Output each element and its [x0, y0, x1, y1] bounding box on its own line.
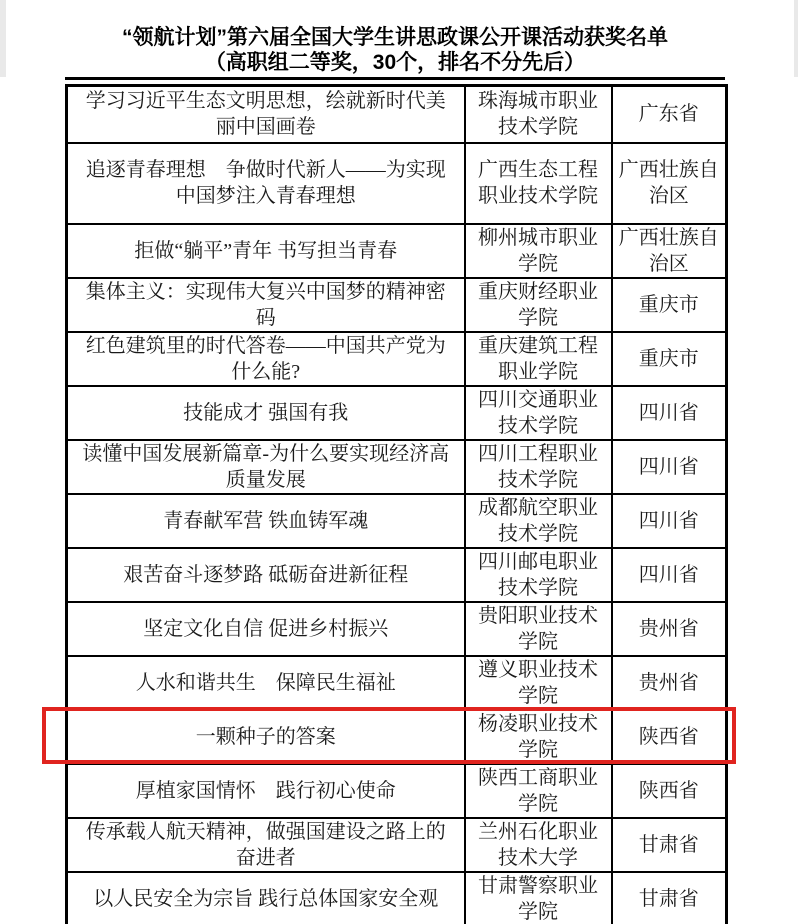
table-row: 集体主义：实现伟大复兴中国梦的精神密码 重庆财经职业学院 重庆市 [67, 278, 727, 332]
institution-name: 贵阳职业技术学院 [478, 605, 598, 653]
province-name: 贵州省 [639, 618, 699, 640]
province-name: 贵州省 [639, 672, 699, 694]
institution-name: 陕西工商职业学院 [478, 767, 598, 815]
table-row: 厚植家国情怀 践行初心使命 陕西工商职业学院 陕西省 [67, 764, 727, 818]
table-row: 学习习近平生态文明思想，绘就新时代美丽中国画卷 珠海城市职业技术学院 广东省 [67, 86, 727, 143]
course-title: 读懂中国发展新篇章-为什么要实现经济高质量发展 [82, 443, 449, 491]
institution-name: 杨凌职业技术学院 [478, 713, 598, 761]
course-title: 技能成才 强国有我 [183, 402, 348, 424]
course-title: 学习习近平生态文明思想，绘就新时代美丽中国画卷 [86, 90, 446, 138]
province-name: 四川省 [639, 402, 699, 424]
course-title: 坚定文化自信 促进乡村振兴 [143, 618, 388, 640]
table-row: 拒做“躺平”青年 书写担当青春 柳州城市职业学院 广西壮族自治区 [67, 224, 727, 278]
province-name: 甘肃省 [639, 888, 699, 910]
course-title: 红色建筑里的时代答卷——中国共产党为什么能? [86, 335, 446, 383]
province-name: 四川省 [639, 510, 699, 532]
course-title: 集体主义：实现伟大复兴中国梦的精神密码 [86, 281, 446, 329]
institution-name: 柳州城市职业学院 [478, 227, 598, 275]
table-row: 技能成才 强国有我 四川交通职业技术学院 四川省 [67, 386, 727, 440]
institution-name: 遵义职业技术学院 [478, 659, 598, 707]
table-row: 人水和谐共生 保障民生福祉 遵义职业技术学院 贵州省 [67, 656, 727, 710]
course-title: 追逐青春理想 争做时代新人——为实现中国梦注入青春理想 [86, 159, 446, 207]
page-edge-right [794, 0, 798, 77]
document-title: “领航计划”第六届全国大学生讲思政课公开课活动获奖名单 （高职组二等奖，30个，… [65, 25, 725, 80]
province-name: 广西壮族自治区 [619, 159, 719, 207]
table-row: 红色建筑里的时代答卷——中国共产党为什么能? 重庆建筑工程职业学院 重庆市 [67, 332, 727, 386]
table-row: 青春献军营 铁血铸军魂 成都航空职业技术学院 四川省 [67, 494, 727, 548]
institution-name: 甘肃警察职业学院 [478, 875, 598, 923]
course-title: 厚植家国情怀 践行初心使命 [136, 780, 396, 802]
page-edge-left [0, 0, 6, 77]
title-line-1: “领航计划”第六届全国大学生讲思政课公开课活动获奖名单 [65, 25, 725, 50]
province-name: 四川省 [639, 564, 699, 586]
province-name: 重庆市 [639, 294, 699, 316]
table-row: 一颗种子的答案 杨凌职业技术学院 陕西省 [67, 710, 727, 764]
province-name: 广东省 [639, 103, 699, 125]
course-title: 人水和谐共生 保障民生福祉 [136, 672, 396, 694]
table-row: 读懂中国发展新篇章-为什么要实现经济高质量发展 四川工程职业技术学院 四川省 [67, 440, 727, 494]
institution-name: 四川邮电职业技术学院 [478, 551, 598, 599]
institution-name: 重庆建筑工程职业学院 [478, 335, 598, 383]
document-page: “领航计划”第六届全国大学生讲思政课公开课活动获奖名单 （高职组二等奖，30个，… [0, 0, 798, 924]
institution-name: 广西生态工程职业技术学院 [478, 159, 598, 207]
province-name: 广西壮族自治区 [619, 227, 719, 275]
province-name: 四川省 [639, 456, 699, 478]
course-title: 以人民安全为宗旨 践行总体国家安全观 [93, 888, 438, 910]
course-title: 一颗种子的答案 [196, 726, 336, 748]
institution-name: 兰州石化职业技术大学 [478, 821, 598, 869]
institution-name: 珠海城市职业技术学院 [478, 90, 598, 138]
province-name: 陕西省 [639, 726, 699, 748]
province-name: 重庆市 [639, 348, 699, 370]
province-name: 甘肃省 [639, 834, 699, 856]
table-row: 艰苦奋斗逐梦路 砥砺奋进新征程 四川邮电职业技术学院 四川省 [67, 548, 727, 602]
table-row: 坚定文化自信 促进乡村振兴 贵阳职业技术学院 贵州省 [67, 602, 727, 656]
award-table: 学习习近平生态文明思想，绘就新时代美丽中国画卷 珠海城市职业技术学院 广东省 追… [65, 84, 728, 924]
course-title: 青春献军营 铁血铸军魂 [163, 510, 368, 532]
institution-name: 四川交通职业技术学院 [478, 389, 598, 437]
table-row: 传承载人航天精神，做强国建设之路上的奋进者 兰州石化职业技术大学 甘肃省 [67, 818, 727, 872]
course-title: 传承载人航天精神，做强国建设之路上的奋进者 [86, 821, 446, 869]
institution-name: 四川工程职业技术学院 [478, 443, 598, 491]
title-line-2: （高职组二等奖，30个，排名不分先后） [65, 50, 725, 75]
province-name: 陕西省 [639, 780, 699, 802]
institution-name: 重庆财经职业学院 [478, 281, 598, 329]
table-row: 以人民安全为宗旨 践行总体国家安全观 甘肃警察职业学院 甘肃省 [67, 872, 727, 924]
course-title: 拒做“躺平”青年 书写担当青春 [134, 240, 397, 262]
institution-name: 成都航空职业技术学院 [478, 497, 598, 545]
table-row: 追逐青春理想 争做时代新人——为实现中国梦注入青春理想 广西生态工程职业技术学院… [67, 143, 727, 224]
award-table-body: 学习习近平生态文明思想，绘就新时代美丽中国画卷 珠海城市职业技术学院 广东省 追… [67, 86, 727, 924]
course-title: 艰苦奋斗逐梦路 砥砺奋进新征程 [123, 564, 408, 586]
